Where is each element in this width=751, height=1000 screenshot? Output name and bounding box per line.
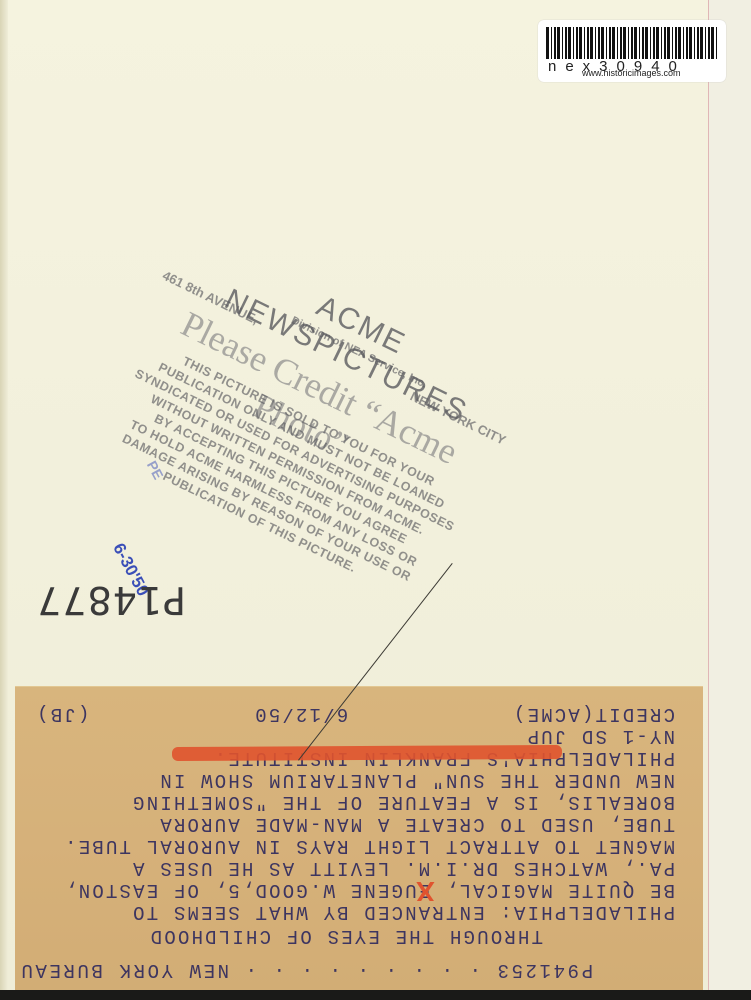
caption-slug: P941253 · · · · · · · · · NEW YORK BUREA… [19,959,593,981]
caption-line: MAGNET TO ATTRACT LIGHT RAYS IN AURORAL … [63,835,675,857]
margin-line [708,0,709,1000]
red-check-mark-icon: X [416,875,435,907]
red-marker-stroke [172,745,562,761]
caption-line: TUBE, USED TO CREATE A MAN-MADE AURORA [158,813,675,835]
handwritten-note: P14877 [36,578,186,622]
caption-slip: P941253 · · · · · · · · · NEW YORK BUREA… [15,686,703,991]
caption-line: PA., WATCHES DR.I.M. LEVITT AS HE USES A [131,857,675,879]
caption-credit: CREDIT(ACME) [512,703,675,725]
caption-line: BE QUITE MAGICAL, EUGENE W.GOOD,5, OF EA… [63,879,675,901]
caption-credit-row: CREDIT(ACME) 6/12/50 (JB) [35,703,675,725]
barcode-url: www.historicimages.com [582,68,681,78]
paper-right-strip [709,0,751,1000]
caption-text-block: P941253 · · · · · · · · · NEW YORK BUREA… [15,687,703,991]
caption-line: NEW UNDER THE SUN" PLANETARIUM SHOW IN [158,769,675,791]
caption-line: NY-1 SD JUP [525,725,675,747]
caption-initials: (JB) [35,703,89,725]
scan-bottom-edge [0,990,751,1000]
caption-line: PHILADELPHIA: ENTRANCED BY WHAT SEEMS TO [131,901,675,923]
caption-line: BOREALIS, IS A FEATURE OF THE "SOMETHING [131,791,675,813]
caption-headline: THROUGH THE EYES OF CHILDHOOD [149,925,543,947]
barcode-icon [546,27,718,59]
paper-left-edge [0,0,8,1000]
barcode-label: nex30940 www.historicimages.com [538,20,726,82]
